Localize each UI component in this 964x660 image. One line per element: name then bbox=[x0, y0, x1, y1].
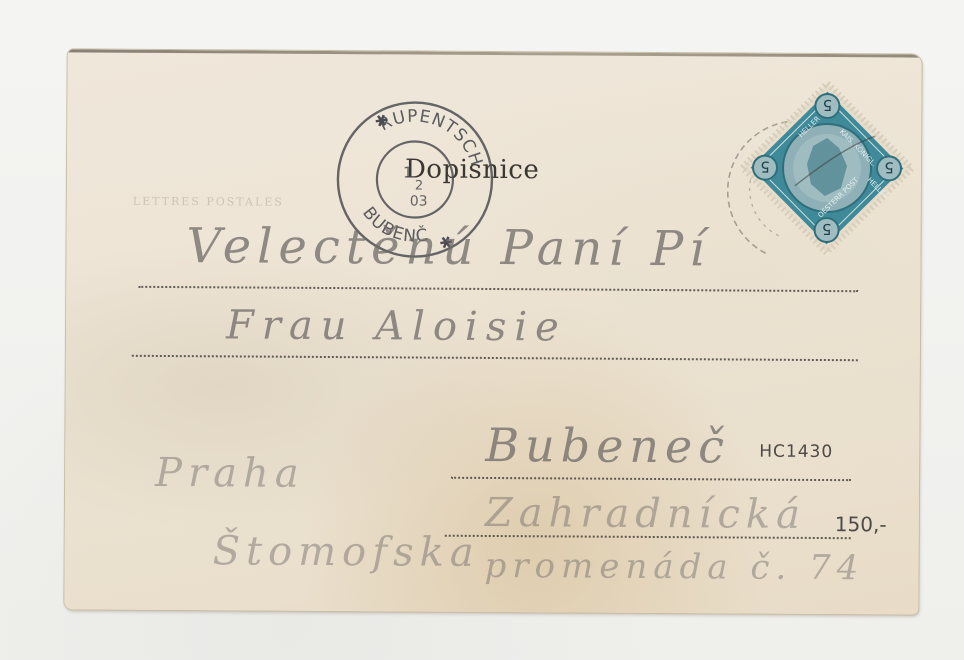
svg-text:03: 03 bbox=[410, 193, 428, 209]
svg-text:5: 5 bbox=[822, 220, 832, 238]
svg-text:5: 5 bbox=[760, 158, 770, 176]
svg-text:1: 1 bbox=[403, 163, 413, 181]
handwriting-address-line-2: Frau Aloisie bbox=[226, 302, 567, 350]
handwriting-sender-line-1: Praha bbox=[155, 450, 305, 497]
postage-stamp-icon: 5 5 5 5 HELLER KAIS. KÖNIGL. OESTERR POS… bbox=[734, 75, 919, 260]
svg-text:5: 5 bbox=[823, 96, 833, 114]
handwriting-address-line-1: Velectěnú Paní Pí bbox=[186, 218, 710, 277]
svg-text:RUPENTSCH: RUPENTSCH bbox=[371, 99, 495, 175]
handwriting-address-line-3: Bubeneč bbox=[485, 418, 730, 473]
svg-text:2: 2 bbox=[415, 179, 423, 194]
handwriting-sender-line-2: Štomofska bbox=[213, 528, 480, 576]
svg-text:5: 5 bbox=[884, 158, 894, 176]
handwriting-address-line-4: Zahradnícká bbox=[485, 490, 806, 538]
address-line-3 bbox=[451, 477, 851, 481]
address-line-2 bbox=[132, 355, 858, 361]
handwriting-address-line-5: promenáda č. 74 bbox=[484, 546, 864, 588]
postcard: LETTRES POSTALES Dopisnice RUPENTSCH BUB… bbox=[64, 49, 921, 614]
catalog-code: HC1430 bbox=[759, 442, 833, 462]
price-note: 150,- bbox=[835, 512, 887, 536]
faint-printed-text: LETTRES POSTALES bbox=[133, 195, 284, 209]
address-line-1 bbox=[138, 286, 858, 292]
